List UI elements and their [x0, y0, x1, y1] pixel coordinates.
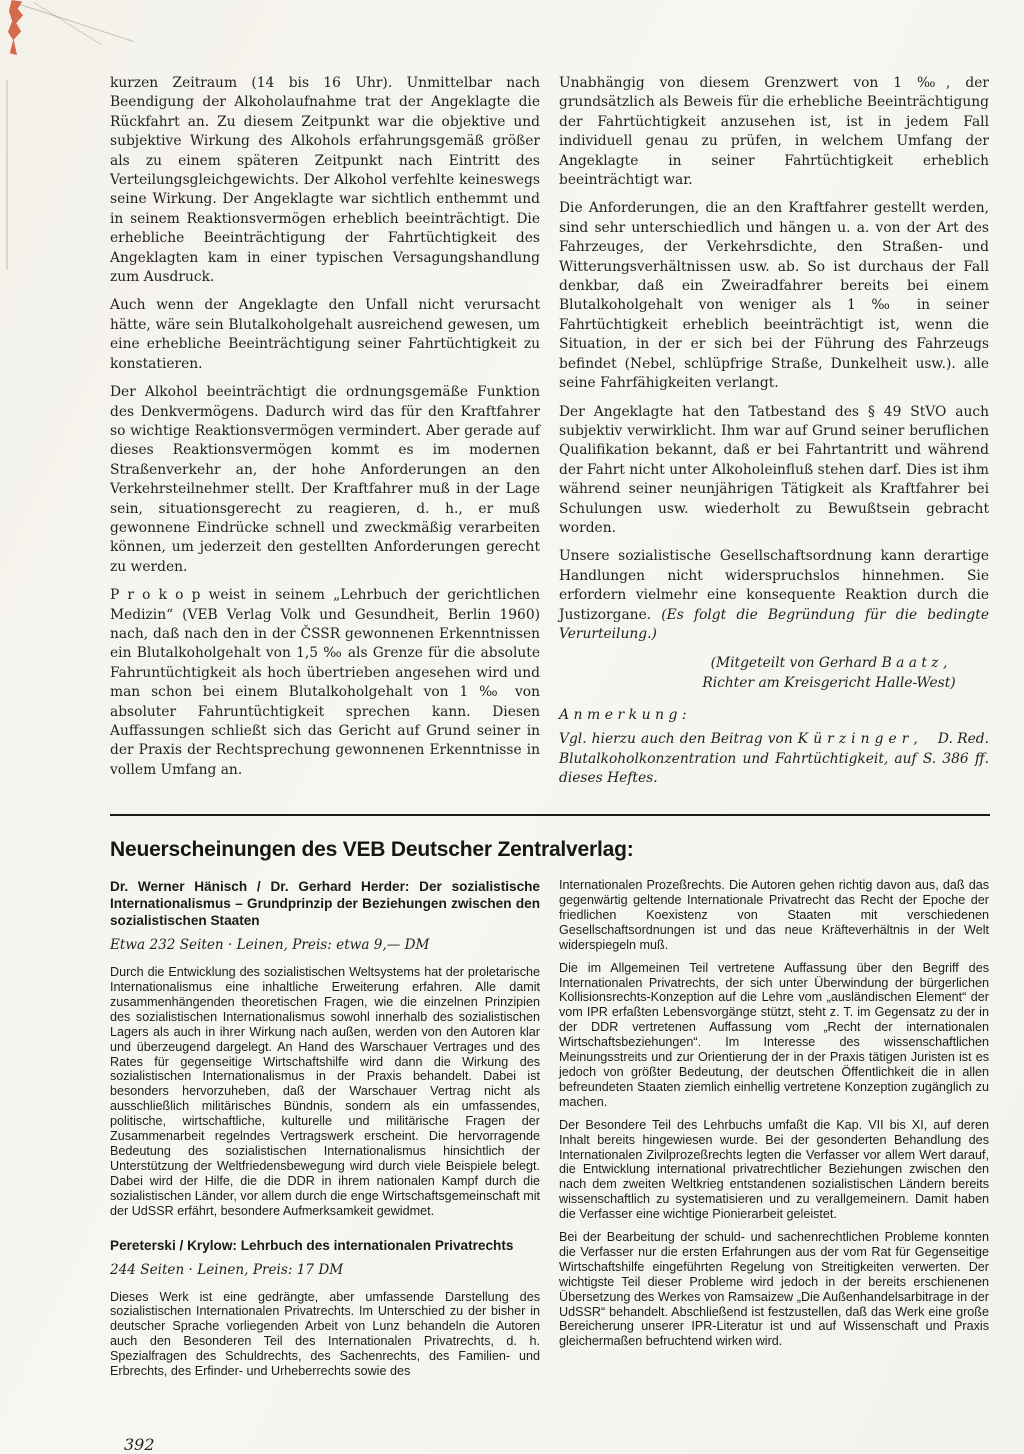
paragraph: Bei der Bearbeitung der schuld- und sach…: [559, 1230, 989, 1349]
announcements-right-column: Internationalen Prozeßrechts. Die Autore…: [559, 878, 989, 1387]
book-title: Dr. Werner Hänisch / Dr. Gerhard Herder:…: [110, 878, 540, 929]
closing-paragraph: Unsere sozialistische Gesellschaftsordnu…: [559, 547, 989, 644]
attribution: (Mitgeteilt von Gerhard B a a t z , Rich…: [669, 653, 989, 693]
book-entry: Pereterski / Krylow: Lehrbuch des intern…: [110, 1237, 540, 1379]
announcements-left-column: Dr. Werner Hänisch / Dr. Gerhard Herder:…: [110, 878, 540, 1387]
journal-page: { "article": { "left_paragraphs": [ "kur…: [0, 0, 1024, 1454]
paragraph: Unabhängig von diesem Grenzwert von 1 ‰,…: [559, 74, 989, 190]
attribution-line: (Mitgeteilt von Gerhard B a a t z ,: [669, 653, 989, 673]
book-entry: Dr. Werner Hänisch / Dr. Gerhard Herder:…: [110, 878, 540, 1218]
page-number: 392: [124, 1435, 990, 1454]
paragraph: Auch wenn der Angeklagte den Unfall nich…: [110, 296, 540, 374]
paragraph: Die im Allgemeinen Teil vertretene Auffa…: [559, 961, 989, 1110]
paragraph: P r o k o p weist in seinem „Lehrbuch de…: [110, 586, 540, 780]
announcements-section: Dr. Werner Hänisch / Dr. Gerhard Herder:…: [110, 878, 990, 1387]
note-heading: A n m e r k u n g :: [559, 707, 989, 723]
case-report-left-column: kurzen Zeitraum (14 bis 16 Uhr). Unmitte…: [110, 74, 540, 798]
paragraph: Die Anforderungen, die an den Kraftfahre…: [559, 199, 989, 393]
paragraph: Internationalen Prozeßrechts. Die Autore…: [559, 878, 989, 953]
book-description: Dieses Werk ist eine gedrängte, aber umf…: [110, 1290, 540, 1379]
scan-artifact-corner-mark: [8, 0, 23, 55]
case-report-section: kurzen Zeitraum (14 bis 16 Uhr). Unmitte…: [110, 74, 990, 798]
book-details: 244 Seiten · Leinen, Preis: 17 DM: [110, 1261, 540, 1279]
note-body: D. Red.Vgl. hierzu auch den Beitrag von …: [559, 730, 989, 788]
note-signature: D. Red.: [918, 730, 989, 749]
section-divider-rule: [110, 814, 990, 817]
book-description: Durch die Entwicklung des sozialistische…: [110, 965, 540, 1218]
announcements-heading: Neuerscheinungen des VEB Deutscher Zentr…: [110, 838, 990, 862]
paragraph: kurzen Zeitraum (14 bis 16 Uhr). Unmitte…: [110, 74, 540, 287]
book-details: Etwa 232 Seiten · Leinen, Preis: etwa 9,…: [110, 936, 540, 954]
paragraph: Der Angeklagte hat den Tatbestand des § …: [559, 403, 989, 539]
paragraph: Der Besondere Teil des Lehrbuchs umfaßt …: [559, 1118, 989, 1222]
page-content: kurzen Zeitraum (14 bis 16 Uhr). Unmitte…: [110, 74, 990, 1454]
case-report-right-column: Unabhängig von diesem Grenzwert von 1 ‰,…: [559, 74, 989, 798]
scan-artifact-edge-line: [6, 80, 8, 270]
scan-artifact-scratch: [33, 2, 101, 45]
scan-artifact-scratch: [20, 4, 134, 42]
book-title: Pereterski / Krylow: Lehrbuch des intern…: [110, 1237, 540, 1254]
paragraph: Der Alkohol beeinträchtigt die ordnungsg…: [110, 383, 540, 577]
attribution-line: Richter am Kreisgericht Halle-West): [669, 673, 989, 693]
